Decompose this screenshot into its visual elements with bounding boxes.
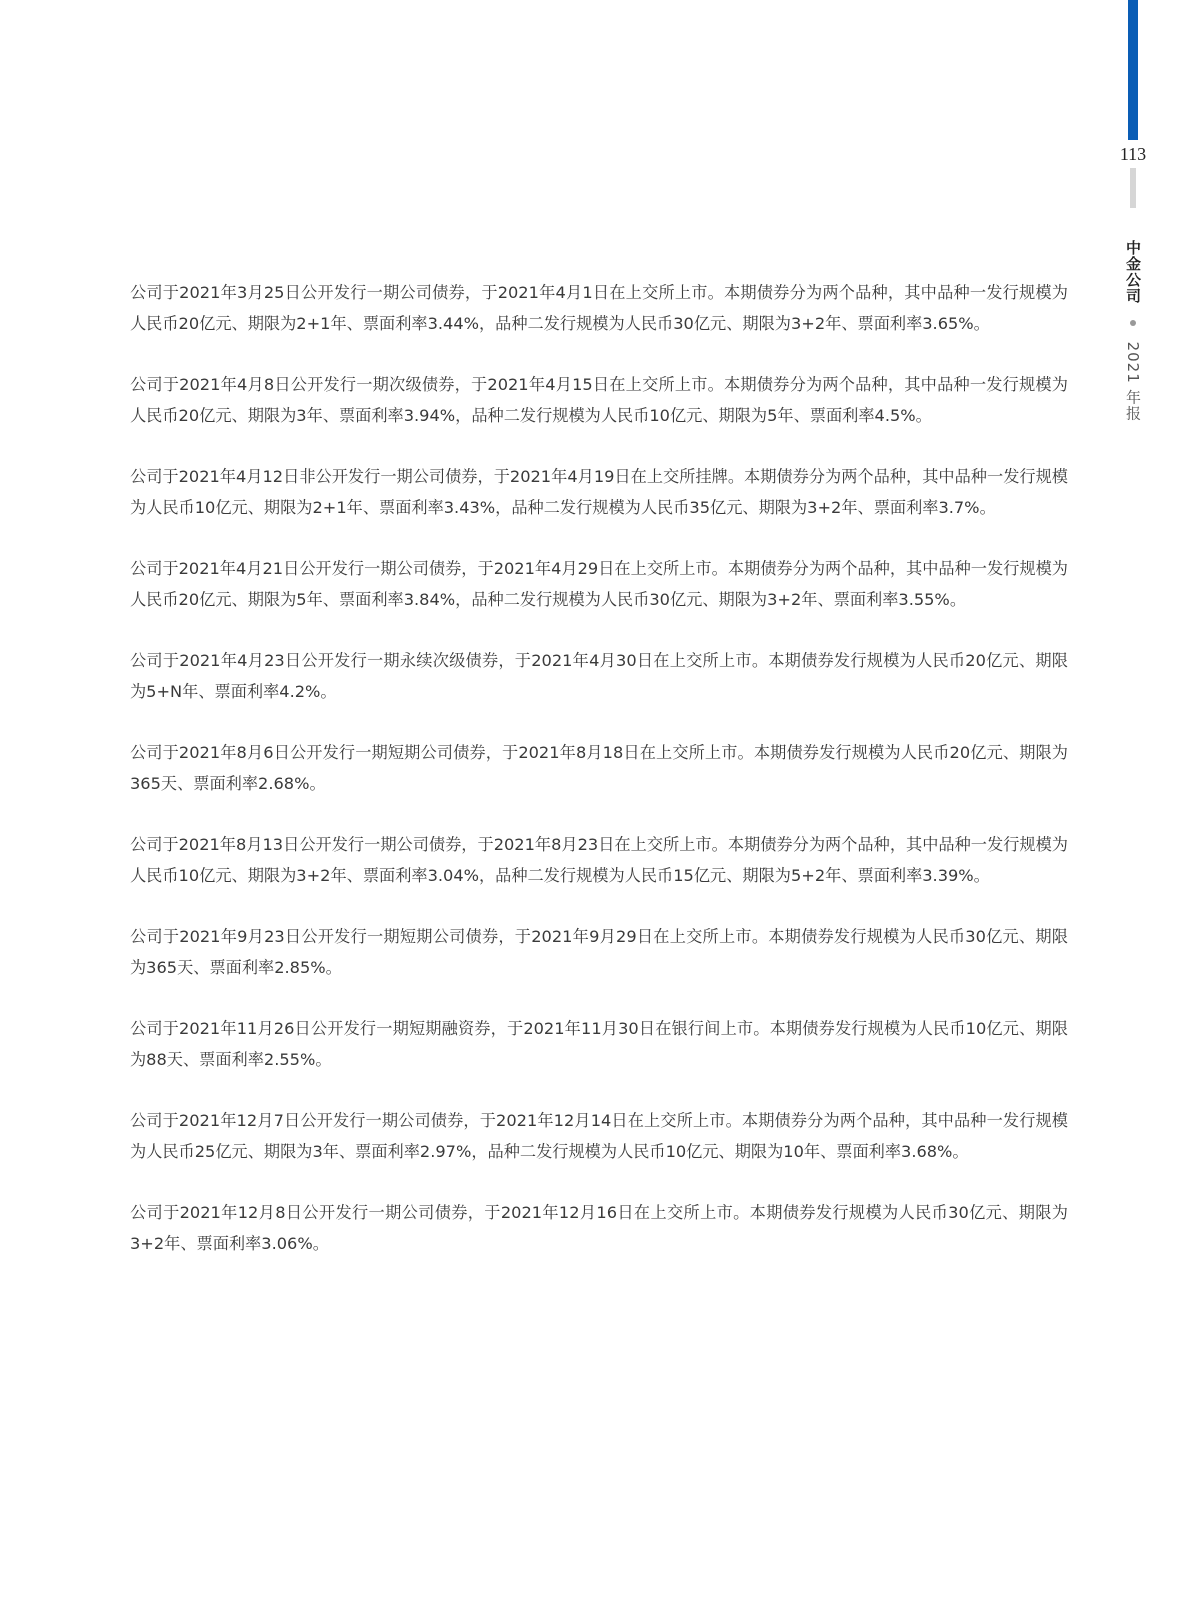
bond-issuance-paragraph: 公司于2021年4月23日公开发行一期永续次级债券，于2021年4月30日在上交… [130, 645, 1068, 707]
bond-issuance-paragraph: 公司于2021年12月7日公开发行一期公司债券，于2021年12月14日在上交所… [130, 1105, 1068, 1167]
bond-issuance-paragraph: 公司于2021年12月8日公开发行一期公司债券，于2021年12月16日在上交所… [130, 1197, 1068, 1259]
bond-issuance-paragraph: 公司于2021年3月25日公开发行一期公司债券，于2021年4月1日在上交所上市… [130, 277, 1068, 339]
bullet-dot-icon [1130, 320, 1136, 326]
company-name: 中金公司 [1124, 240, 1142, 304]
bond-issuance-paragraph: 公司于2021年4月12日非公开发行一期公司债券，于2021年4月19日在上交所… [130, 461, 1068, 523]
report-year-label: 2021 年报 [1124, 342, 1142, 422]
main-content: 公司于2021年3月25日公开发行一期公司债券，于2021年4月1日在上交所上市… [130, 277, 1068, 1289]
page-number: 113 [1114, 144, 1152, 165]
sidebar-accent-bar [1128, 0, 1138, 140]
sidebar-running-header: 中金公司 2021 年报 [1122, 240, 1144, 422]
bond-issuance-paragraph: 公司于2021年11月26日公开发行一期短期融资券，于2021年11月30日在银… [130, 1013, 1068, 1075]
bond-issuance-paragraph: 公司于2021年8月13日公开发行一期公司债券，于2021年8月23日在上交所上… [130, 829, 1068, 891]
bond-issuance-paragraph: 公司于2021年4月8日公开发行一期次级债券，于2021年4月15日在上交所上市… [130, 369, 1068, 431]
bond-issuance-paragraph: 公司于2021年9月23日公开发行一期短期公司债券，于2021年9月29日在上交… [130, 921, 1068, 983]
bond-issuance-paragraph: 公司于2021年4月21日公开发行一期公司债券，于2021年4月29日在上交所上… [130, 553, 1068, 615]
bond-issuance-paragraph: 公司于2021年8月6日公开发行一期短期公司债券，于2021年8月18日在上交所… [130, 737, 1068, 799]
sidebar-divider-bar [1130, 168, 1136, 208]
